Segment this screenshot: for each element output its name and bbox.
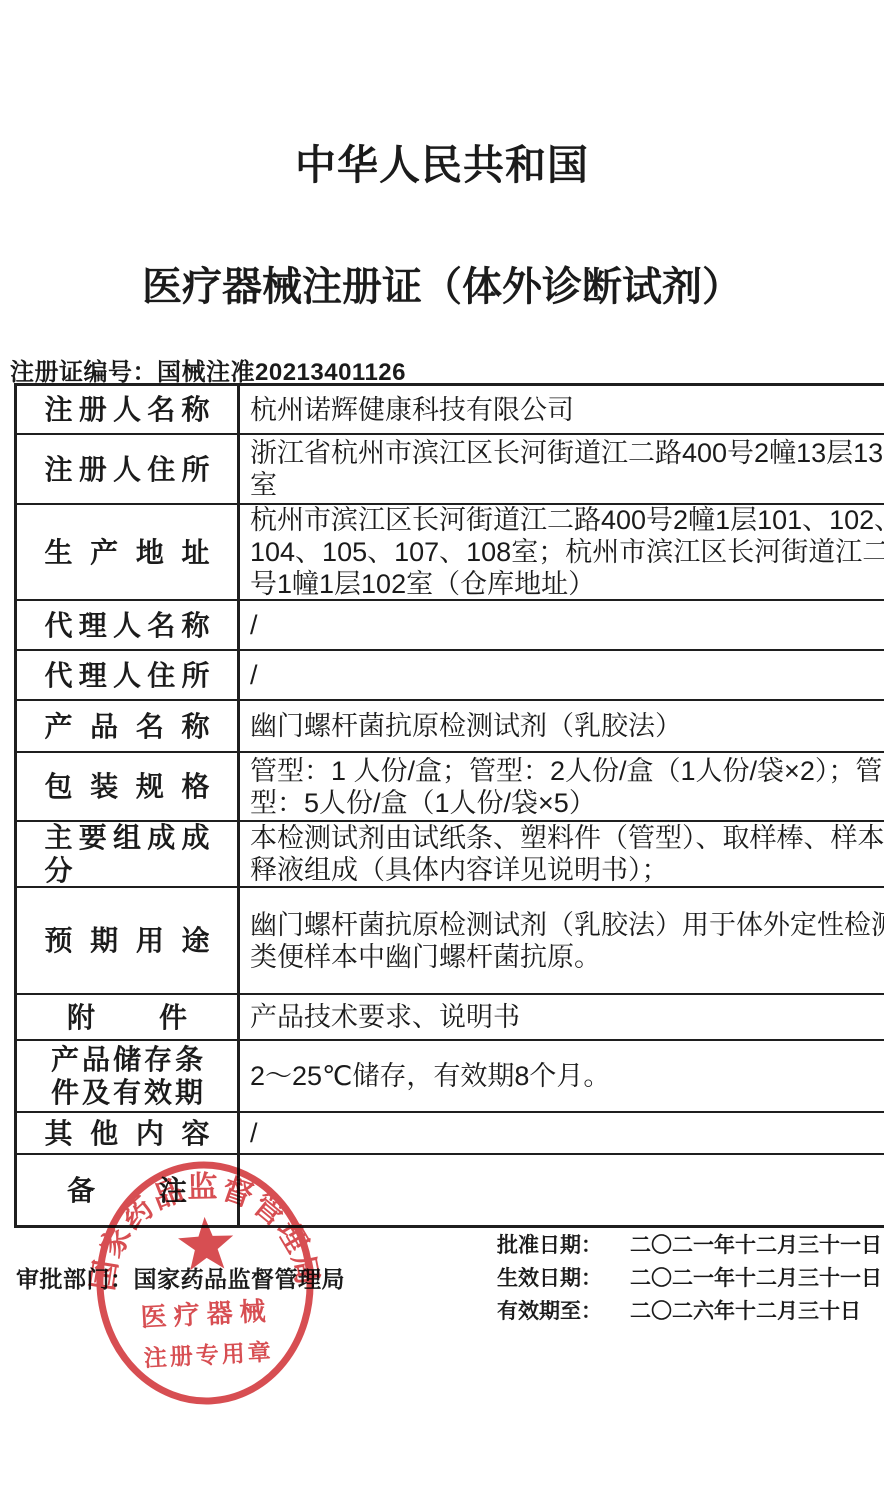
- row-value: 杭州市滨江区长河街道江二路400号2幢1层101、102、103、 104、10…: [240, 505, 884, 599]
- date-value: 二〇二一年十二月三十一日: [630, 1229, 882, 1259]
- row-label: 产品储存条件及有效期: [17, 1041, 240, 1111]
- date-value: 二〇二六年十二月三十日: [630, 1295, 861, 1325]
- certificate-page: { "page": { "country_title": "中华人民共和国", …: [0, 0, 884, 1508]
- row-value: 杭州诺辉健康科技有限公司: [240, 386, 884, 433]
- row-value: 幽门螺杆菌抗原检测试剂（乳胶法）用于体外定性检测人 类便样本中幽门螺杆菌抗原。: [240, 888, 884, 993]
- row-value: 浙江省杭州市滨江区长河街道江二路400号2幢13层1313 室: [240, 435, 884, 503]
- seal-line1-text: 医疗器械: [140, 1296, 273, 1333]
- table-row-remarks: 备注: [17, 1155, 884, 1225]
- expiry-date-row: 有效期至： 二〇二六年十二月三十日: [497, 1293, 882, 1326]
- effective-date-row: 生效日期： 二〇二一年十二月三十一日: [497, 1260, 882, 1293]
- row-label: 注册人住所: [17, 435, 240, 503]
- date-label: 批准日期：: [497, 1229, 630, 1259]
- table-row-attachments: 附件 产品技术要求、说明书: [17, 995, 884, 1041]
- table-row-registrant-name: 注册人名称 杭州诺辉健康科技有限公司: [17, 386, 884, 435]
- table-row-intended-use: 预期用途 幽门螺杆菌抗原检测试剂（乳胶法）用于体外定性检测人 类便样本中幽门螺杆…: [17, 888, 884, 995]
- row-label: 包装规格: [17, 753, 240, 820]
- row-label: 代理人名称: [17, 601, 240, 649]
- date-label: 有效期至：: [497, 1295, 630, 1325]
- row-value: /: [240, 1113, 884, 1153]
- table-row-registrant-address: 注册人住所 浙江省杭州市滨江区长河街道江二路400号2幢13层1313 室: [17, 435, 884, 505]
- registration-table: 注册人名称 杭州诺辉健康科技有限公司 注册人住所 浙江省杭州市滨江区长河街道江二…: [14, 383, 884, 1228]
- table-row-product-name: 产品名称 幽门螺杆菌抗原检测试剂（乳胶法）: [17, 701, 884, 753]
- certificate-number: 注册证编号：国械注准20213401126: [10, 352, 406, 387]
- row-value: [240, 1155, 884, 1225]
- table-row-agent-address: 代理人住所 /: [17, 651, 884, 701]
- approval-department: 审批部门：国家药品监督管理局: [16, 1261, 345, 1294]
- row-label: 其他内容: [17, 1113, 240, 1153]
- row-value: 管型：1 人份/盒；管型：2人份/盒（1人份/袋×2）；管 型：5人份/盒（1人…: [240, 753, 884, 820]
- seal-line2-text: 注册专用章: [143, 1339, 274, 1372]
- row-label: 预期用途: [17, 888, 240, 993]
- page-title: 中华人民共和国: [0, 132, 884, 191]
- approval-dates: 批准日期： 二〇二一年十二月三十一日 生效日期： 二〇二一年十二月三十一日 有效…: [497, 1227, 882, 1326]
- row-value: /: [240, 601, 884, 649]
- row-label: 附件: [17, 995, 240, 1039]
- approval-date-row: 批准日期： 二〇二一年十二月三十一日: [497, 1227, 882, 1260]
- row-label: 备注: [17, 1155, 240, 1225]
- row-label: 产品名称: [17, 701, 240, 751]
- row-label: 注册人名称: [17, 386, 240, 433]
- date-value: 二〇二一年十二月三十一日: [630, 1262, 882, 1292]
- table-row-packaging-spec: 包装规格 管型：1 人份/盒；管型：2人份/盒（1人份/袋×2）；管 型：5人份…: [17, 753, 884, 822]
- table-row-agent-name: 代理人名称 /: [17, 601, 884, 651]
- table-row-other-content: 其他内容 /: [17, 1113, 884, 1155]
- row-value: /: [240, 651, 884, 699]
- table-row-production-address: 生产地址 杭州市滨江区长河街道江二路400号2幢1层101、102、103、 1…: [17, 505, 884, 601]
- row-label: 主要组成成分: [17, 822, 240, 886]
- row-value: 本检测试剂由试纸条、塑料件（管型）、取样棒、样本稀 释液组成（具体内容详见说明书…: [240, 822, 884, 886]
- row-value: 产品技术要求、说明书: [240, 995, 884, 1039]
- date-label: 生效日期：: [497, 1262, 630, 1292]
- row-label: 代理人住所: [17, 651, 240, 699]
- row-label: 生产地址: [17, 505, 240, 599]
- table-row-storage-validity: 产品储存条件及有效期 2～25℃储存，有效期8个月。: [17, 1041, 884, 1113]
- row-value: 2～25℃储存，有效期8个月。: [240, 1041, 884, 1111]
- table-row-main-components: 主要组成成分 本检测试剂由试纸条、塑料件（管型）、取样棒、样本稀 释液组成（具体…: [17, 822, 884, 888]
- certificate-title: 医疗器械注册证（体外诊断试剂）: [0, 255, 884, 312]
- row-value: 幽门螺杆菌抗原检测试剂（乳胶法）: [240, 701, 884, 751]
